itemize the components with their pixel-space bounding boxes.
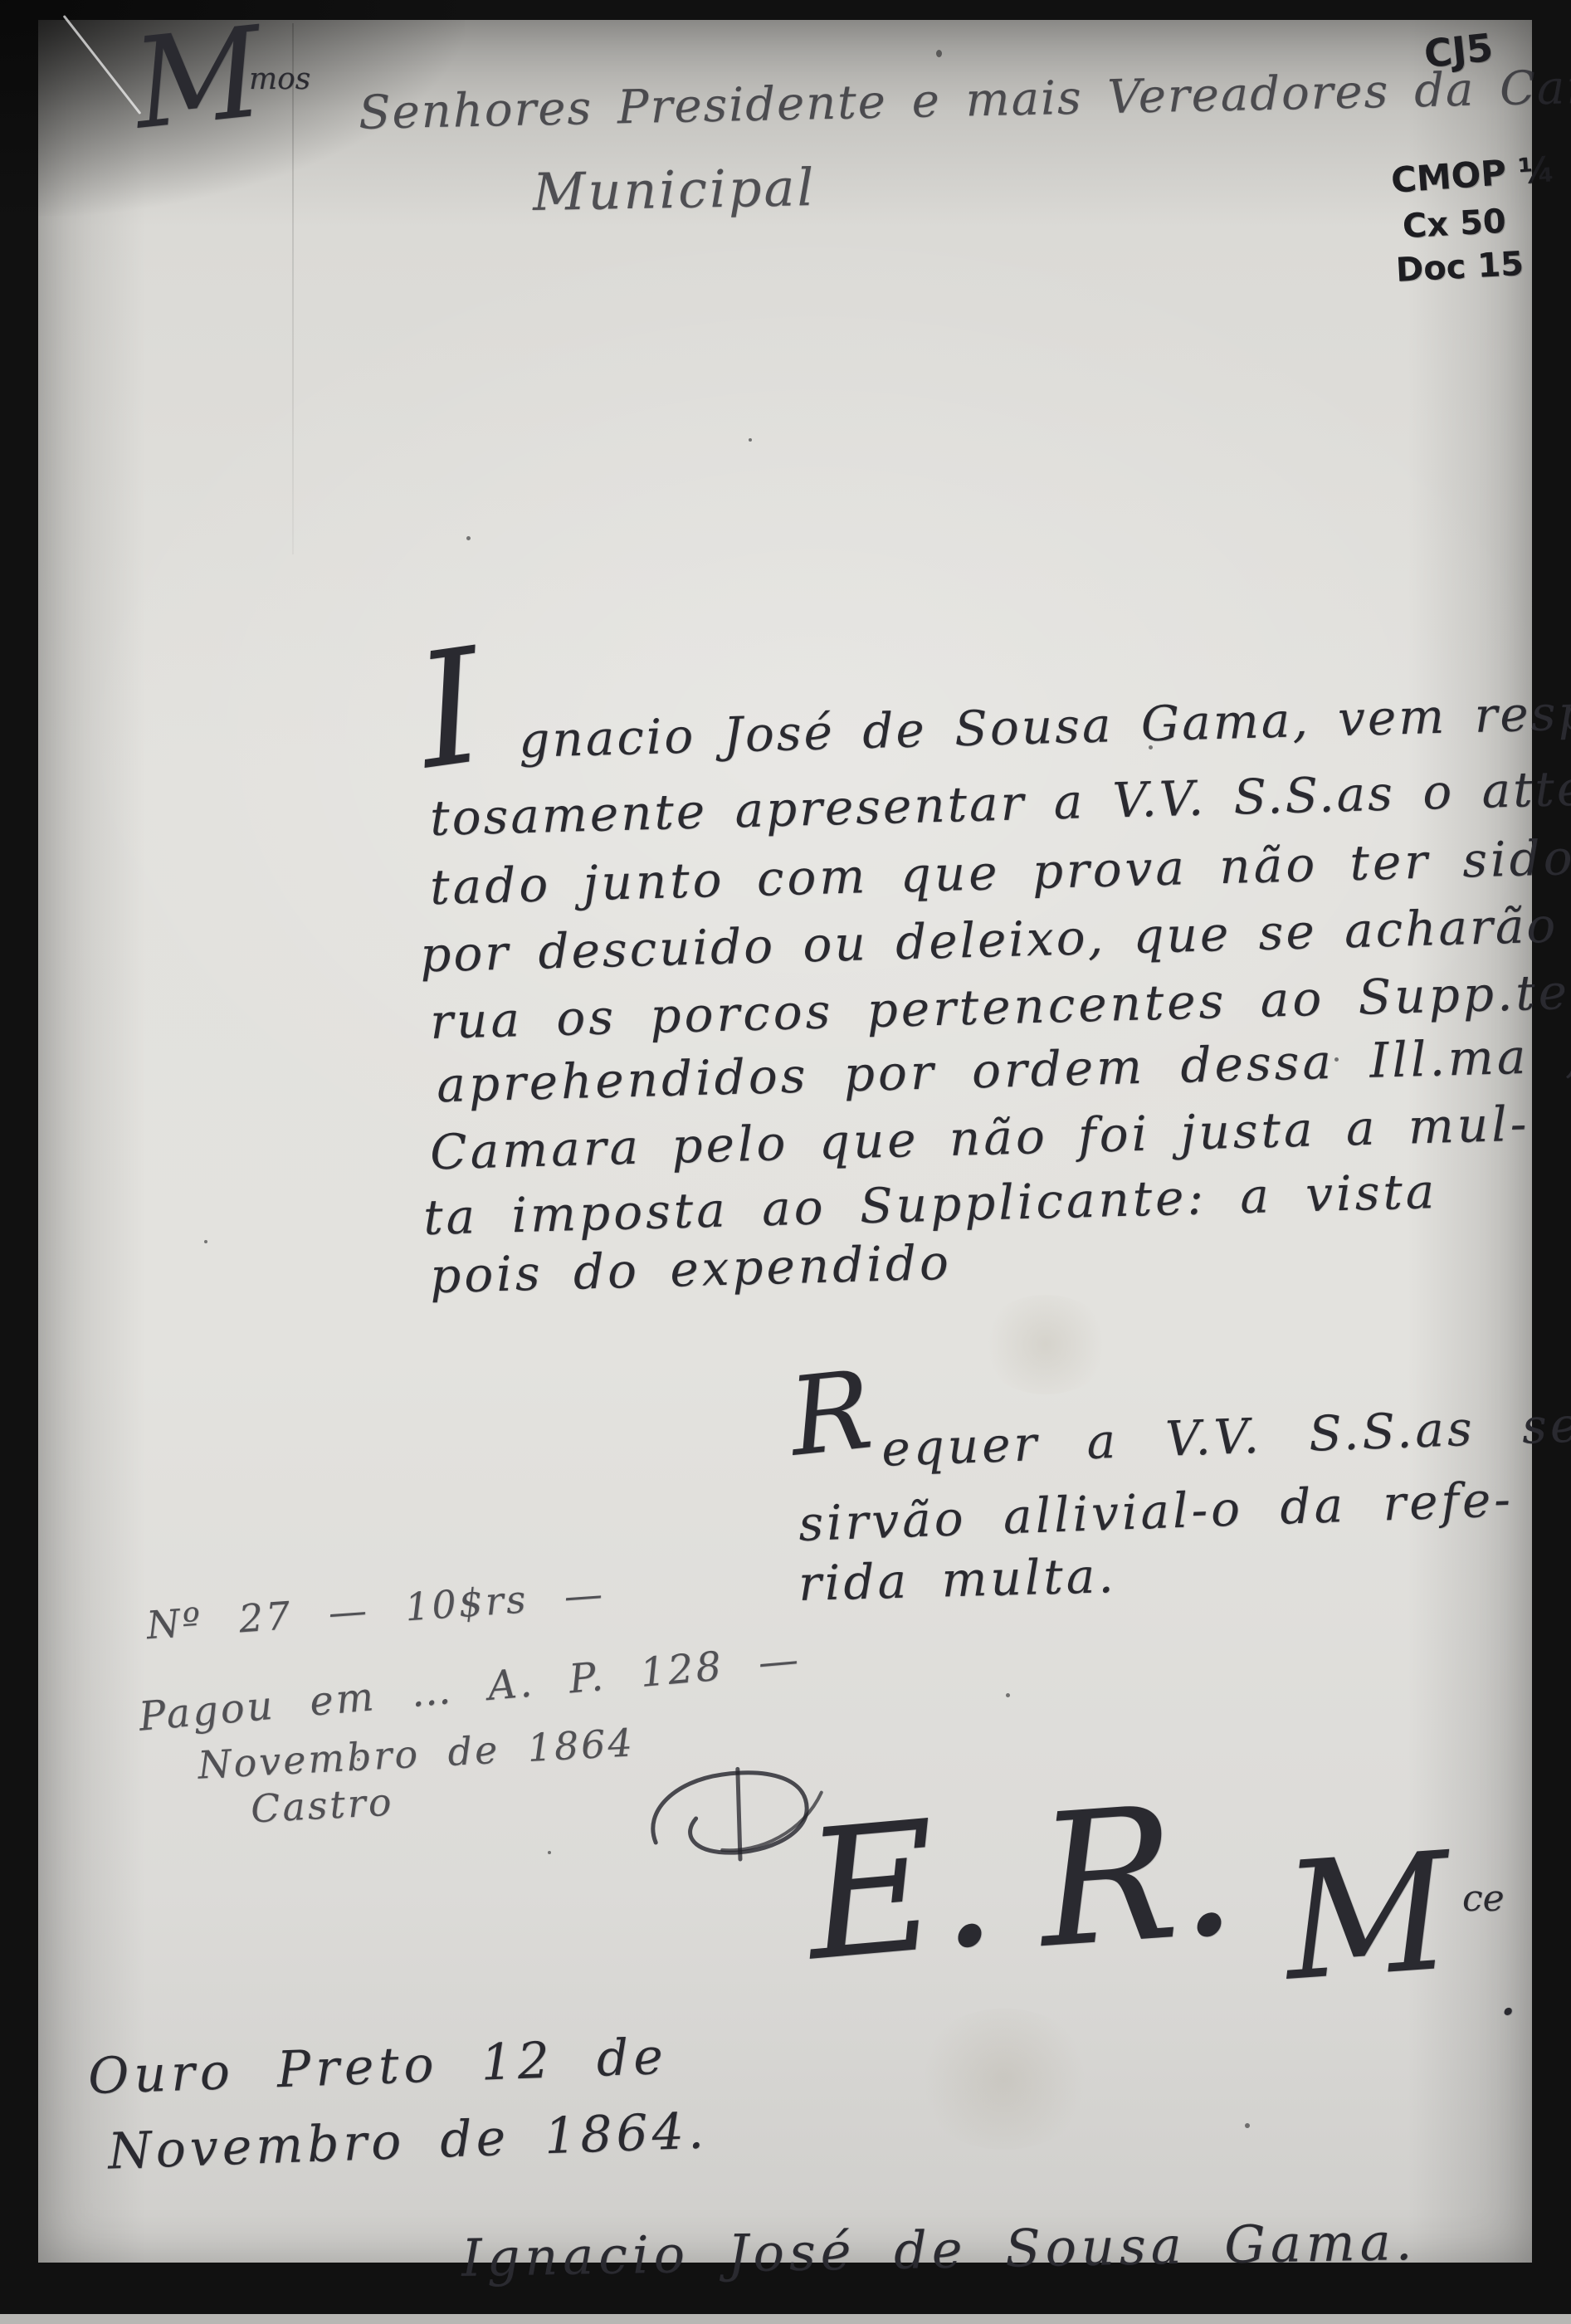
petitioner-signature: Ignacio José de Sousa Gama. <box>461 2216 1417 2284</box>
closing-letter-e: E. <box>799 1792 1001 1986</box>
paper-speck <box>1006 1693 1010 1697</box>
closing-letter-r: R. <box>1033 1778 1241 1974</box>
paper-speck <box>1334 1057 1339 1062</box>
paper-speck <box>357 1758 360 1761</box>
scan-edge-strip <box>0 2314 1571 2324</box>
paper-speck <box>749 438 752 442</box>
closing-period: . <box>1499 1965 1517 2024</box>
archive-box-code: Cx 50 <box>1402 205 1507 243</box>
illmos-superscript: mos <box>249 65 310 95</box>
request-drop-cap: R <box>784 1355 876 1472</box>
closing-letter-m: M <box>1279 1830 1456 2003</box>
illmos-monogram: M <box>129 10 268 147</box>
paper-speck <box>1149 745 1153 749</box>
paper-stain <box>913 2009 1095 2150</box>
archive-corner-code: CJ5 <box>1422 28 1495 73</box>
document-scan: M mos Senhores Presidente e mais Vereado… <box>0 0 1571 2324</box>
request-line-3: rida multa. <box>798 1551 1117 1608</box>
closing-superscript: ce <box>1462 1881 1505 1917</box>
paper-stain <box>979 1295 1112 1394</box>
paper-speck <box>936 50 942 57</box>
paper-speck <box>1245 2123 1250 2128</box>
body-line-9: pois do expendido <box>429 1238 952 1300</box>
paper-speck <box>1411 928 1414 931</box>
paper-speck <box>204 1240 207 1243</box>
margin-note-clerk-name: Castro <box>250 1783 395 1828</box>
paper-crease <box>292 23 294 554</box>
salutation-line-2: Municipal <box>532 162 816 218</box>
archive-doc-code: Doc 15 <box>1395 247 1525 287</box>
paper-speck <box>466 536 471 540</box>
paper-speck <box>548 1851 551 1854</box>
